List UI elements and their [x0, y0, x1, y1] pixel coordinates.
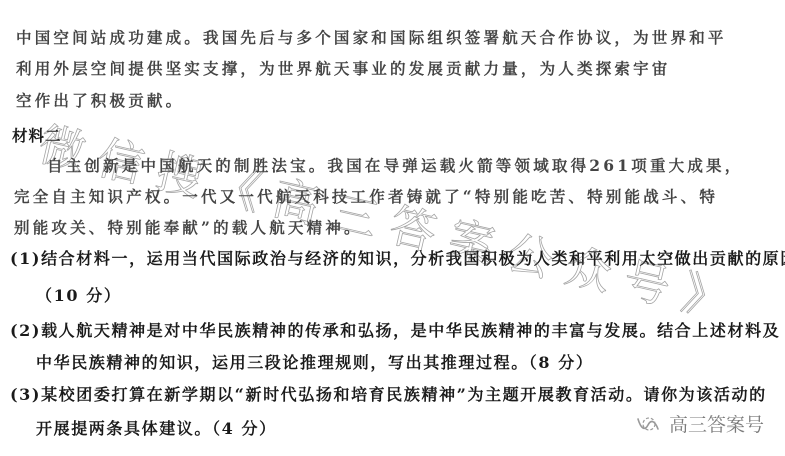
question-1-text: 结合材料一，运用当代国际政治与经济的知识，分析我国积极为人类和平利用太空做出贡献… [41, 249, 785, 268]
question-2-line2: 中华民族精神的知识，运用三段论推理规则，写出其推理过程。（8 分） [36, 350, 594, 373]
brand-watermark: 高三答案号 [635, 410, 764, 437]
question-1-line2: （10 分） [36, 283, 121, 306]
question-2-number: (2) [10, 321, 41, 340]
question-2-text: 载人航天精神是对中华民族精神的传承和弘扬，是中华民族精神的丰富与发展。结合上述材… [41, 321, 780, 340]
paragraph1-line1: 中国空间站成功建成。我国先后与多个国家和国际组织签署航天合作协议，为世界和平 [16, 26, 727, 48]
material2-line2: 完全自主知识产权。一代又一代航天科技工作者铸就了“特别能吃苦、特别能战斗、特 [14, 185, 718, 207]
material2-heading: 材料二 [12, 124, 62, 146]
question-3-number: (3) [10, 385, 41, 404]
material2-line1: 自主创新是中国航天的制胜法宝。我国在导弹运载火箭等领域取得261项重大成果， [47, 154, 743, 176]
question-1-number: (1) [10, 249, 41, 268]
wechat-channel-icon [635, 413, 661, 435]
question-3-line1: (3)某校团委打算在新学期以“新时代弘扬和培育民族精神”为主题开展教育活动。请你… [10, 382, 767, 405]
paragraph1-line2: 利用外层空间提供坚实支撑，为世界航天事业的发展贡献力量，为人类探索宇宙 [16, 57, 671, 79]
material2-line3: 别能攻关、特别能奉献”的载人航天精神。 [14, 216, 363, 238]
paragraph1-line3: 空作出了积极贡献。 [16, 89, 184, 111]
question-1-line1: (1)结合材料一，运用当代国际政治与经济的知识，分析我国积极为人类和平利用太空做… [10, 246, 785, 269]
question-3-line2: 开展提两条具体建议。（4 分） [36, 416, 277, 439]
question-2-line1: (2)载人航天精神是对中华民族精神的传承和弘扬，是中华民族精神的丰富与发展。结合… [10, 318, 780, 341]
brand-label: 高三答案号 [669, 410, 764, 437]
question-3-text: 某校团委打算在新学期以“新时代弘扬和培育民族精神”为主题开展教育活动。请你为该活… [41, 385, 767, 404]
